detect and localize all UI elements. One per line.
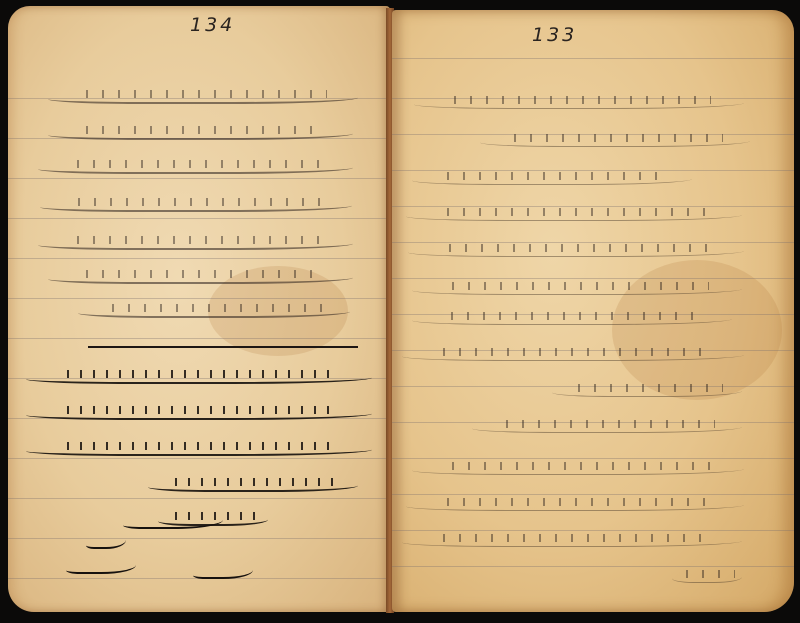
handwriting-line (408, 242, 744, 257)
rule-line (8, 338, 390, 339)
handwriting-line (48, 124, 353, 140)
handwriting-line (40, 196, 352, 212)
left-page: 134 (8, 6, 390, 612)
ink-handwriting-line (26, 440, 372, 456)
handwriting-line (412, 170, 692, 185)
handwriting-line (38, 234, 353, 250)
rule-line (8, 538, 390, 539)
handwriting-line (78, 302, 350, 318)
handwriting-line (406, 496, 744, 511)
right-page: 133 (392, 10, 794, 612)
rule-line (392, 494, 794, 495)
rule-line (8, 498, 390, 499)
rule-line (8, 298, 390, 299)
section-divider (88, 346, 358, 348)
handwriting-line (412, 280, 742, 295)
page-number: 134 (190, 14, 235, 36)
handwriting-line (406, 206, 742, 221)
handwriting-line (48, 268, 353, 284)
handwriting-line (48, 88, 358, 104)
signature-mark (86, 531, 126, 549)
rule-line (392, 530, 794, 531)
handwriting-line (472, 418, 742, 433)
rule-line (8, 458, 390, 459)
handwriting-line (480, 132, 750, 147)
signature (66, 556, 136, 574)
rule-line (392, 278, 794, 279)
ink-handwriting-line (26, 404, 372, 420)
rule-line (8, 258, 390, 259)
rule-line (392, 58, 794, 59)
ink-handwriting-line (148, 476, 358, 492)
handwriting-line (552, 382, 742, 397)
signature (193, 561, 253, 579)
underline-stroke (123, 511, 223, 529)
handwriting-line (412, 310, 732, 325)
handwriting-line (672, 568, 742, 583)
rule-line (8, 178, 390, 179)
handwriting-line (402, 532, 742, 547)
page-number: 133 (532, 24, 577, 46)
rule-line (392, 458, 794, 459)
handwriting-line (412, 460, 744, 475)
handwriting-line (38, 158, 353, 174)
rule-line (392, 566, 794, 567)
rule-line (8, 218, 390, 219)
handwriting-line (414, 94, 744, 109)
ink-handwriting-line (26, 368, 372, 384)
handwriting-line (402, 346, 744, 361)
